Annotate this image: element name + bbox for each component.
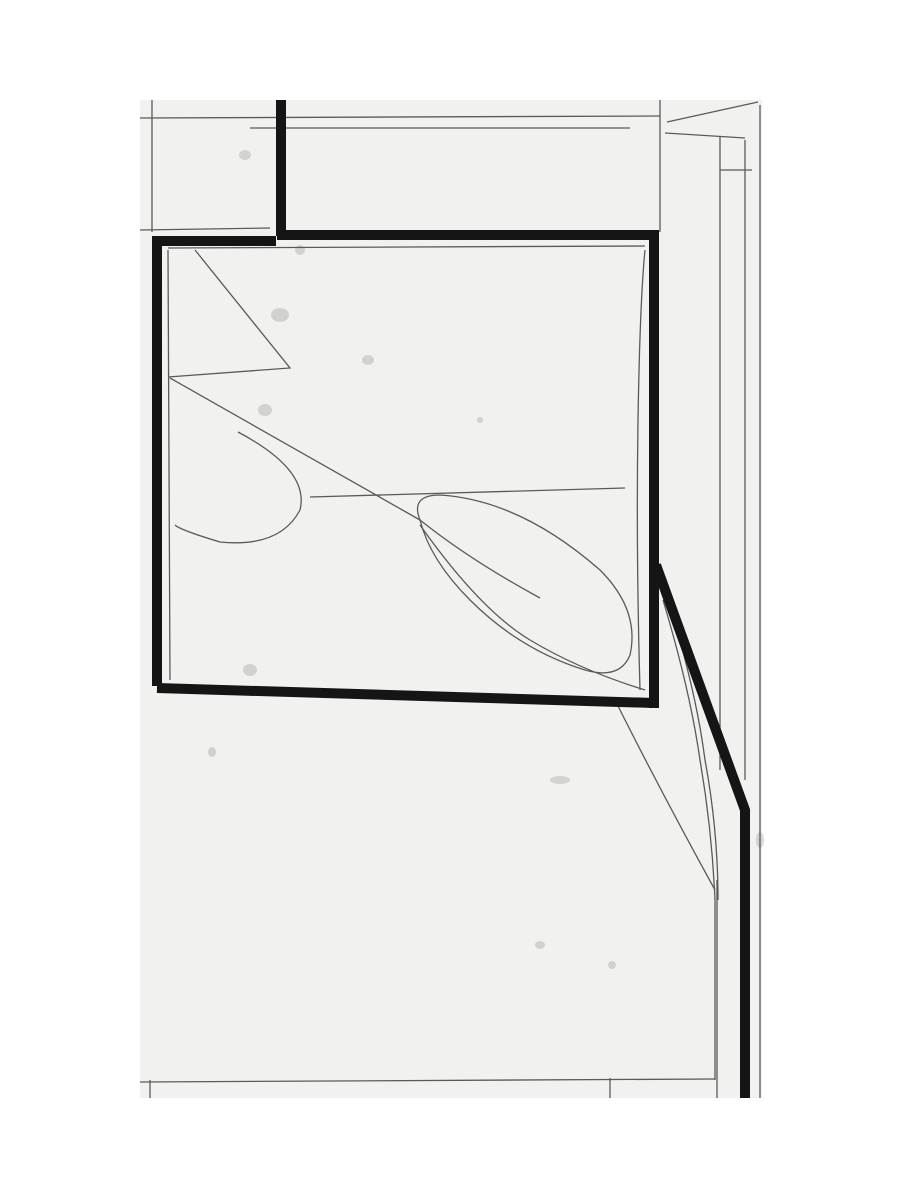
artwork-caption: Abstract black-and-white etching with he… [0,1140,900,1141]
heavy-lines [157,100,745,1098]
smudges [208,150,764,969]
artwork-drawing [0,0,900,1200]
